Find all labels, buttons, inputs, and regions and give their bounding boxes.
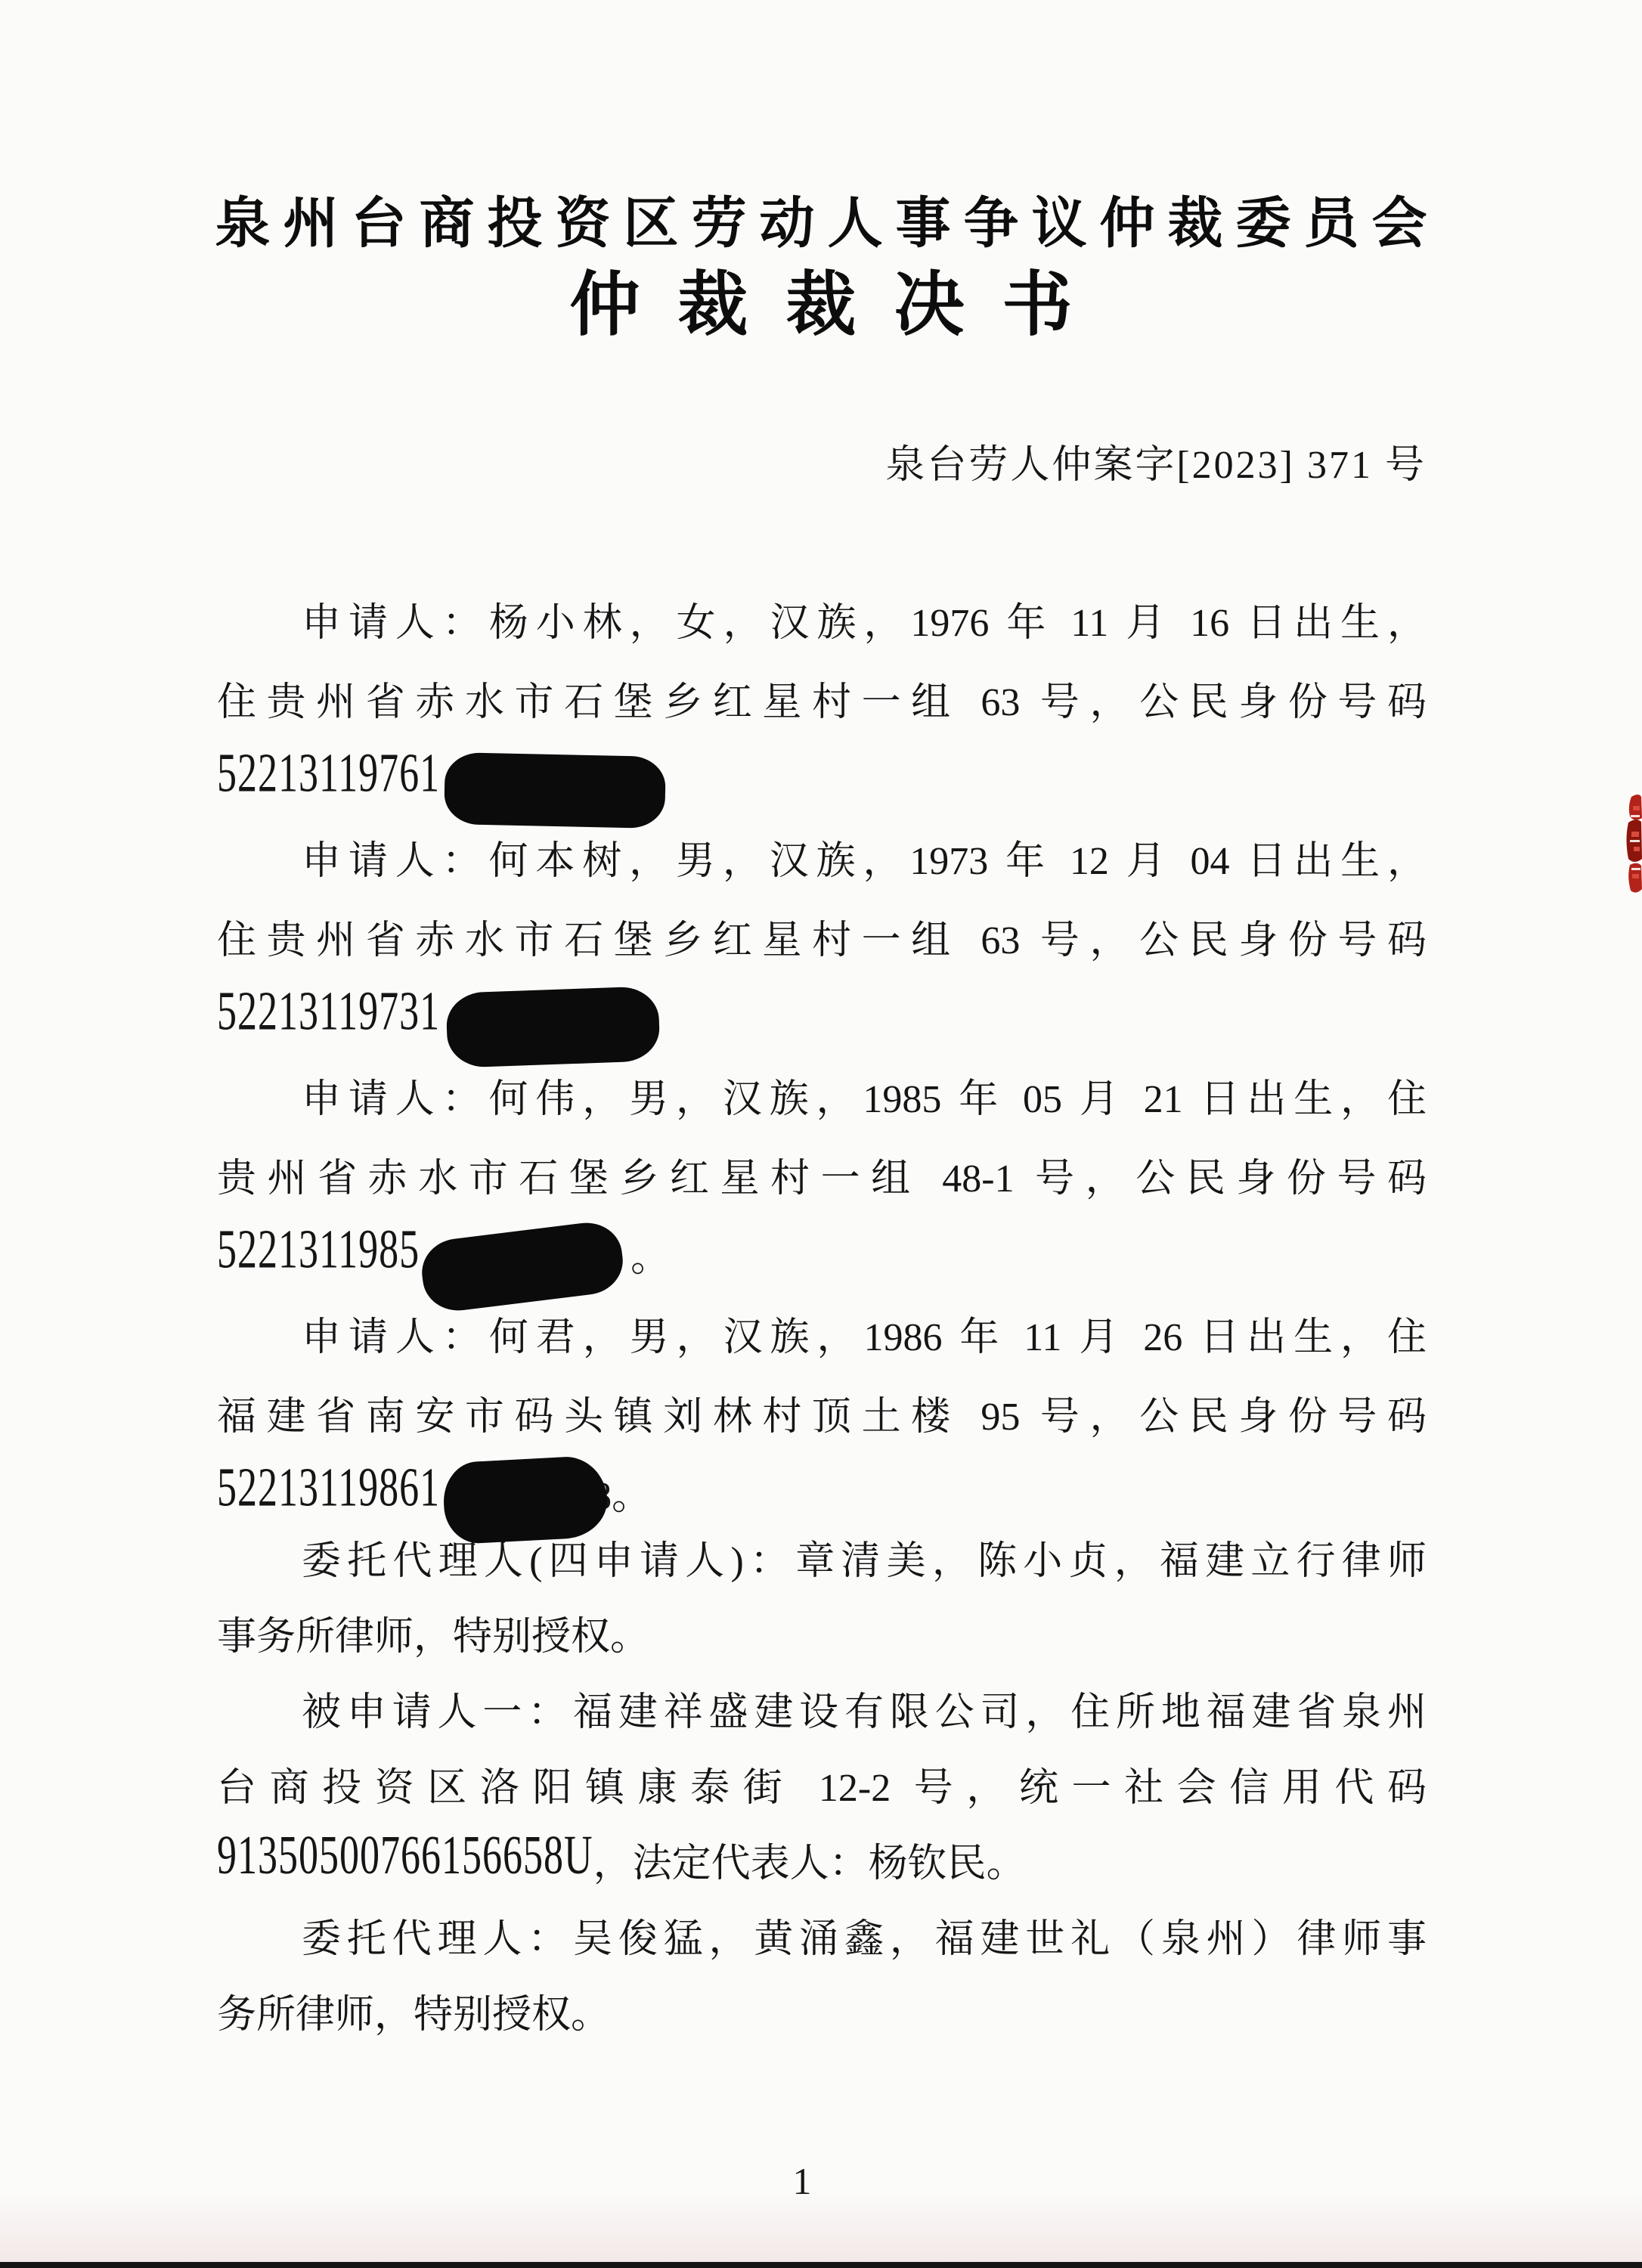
document-subtitle: 仲裁裁决书 (0, 248, 1642, 349)
body-line: 委托代理人(四申请人)：章清美，陈小贞，福建立行律师 (217, 1524, 1427, 1600)
redaction-box (445, 986, 660, 1068)
redaction-box (441, 1455, 609, 1545)
body-line: 委托代理人：吴俊猛，黄涌鑫，福建世礼（泉州）律师事 (217, 1902, 1427, 1978)
id-number: 5221311985 (217, 1194, 420, 1306)
body-line: 申请人：何君，男，汉族，1986 年 11 月 26 日出生，住 (217, 1298, 1427, 1377)
body-line: 申请人：何伟，男，汉族，1985 年 05 月 21 日出生，住 (217, 1060, 1427, 1139)
scan-bottom-tint (0, 2190, 1642, 2262)
id-number: 52213119731 (217, 956, 440, 1067)
credit-code: 91350500766156658U (217, 1804, 593, 1910)
id-number-suffix: 。 (630, 1237, 670, 1280)
id-number-line: 52213119761 (217, 742, 1427, 822)
redaction-box (444, 752, 666, 829)
case-number: 泉台劳人仲案字[2023] 371 号 (885, 432, 1427, 489)
document-title: 泉州台商投资区劳动人事争议仲裁委员会 (0, 178, 1642, 258)
body-line: 事务所律师，特别授权。 (217, 1600, 1427, 1675)
scan-edge-bar (0, 2262, 1642, 2268)
scanned-document-page: 泉州台商投资区劳动人事争议仲裁委员会 仲裁裁决书 泉台劳人仲案字[2023] 3… (0, 0, 1642, 2268)
body-line: 申请人：何本树，男，汉族，1973 年 12 月 04 日出生， (217, 822, 1427, 901)
body-block-agents-respondent: 委托代理人(四申请人)：章清美，陈小贞，福建立行律师 事务所律师，特别授权。 被… (217, 1524, 1427, 2053)
body-line-text: ，法定代表人：杨钦民。 (593, 1842, 1026, 1885)
body-line: 务所律师，特别授权。 (217, 1978, 1427, 2053)
red-seal-icon (1624, 792, 1642, 898)
red-seal-fragment (1624, 792, 1642, 898)
id-number: 52213119761 (217, 718, 440, 829)
body-block-applicants: 申请人：杨小林，女，汉族，1976 年 11 月 16 日出生， 住贵州省赤水市… (217, 584, 1427, 1536)
id-number-line: 5221311985。 (217, 1219, 1427, 1298)
body-line: 91350500766156658U，法定代表人：杨钦民。 (217, 1826, 1427, 1902)
id-number-line: 52213119731 (217, 981, 1427, 1060)
body-line: 申请人：杨小林，女，汉族，1976 年 11 月 16 日出生， (217, 584, 1427, 663)
body-line: 被申请人一：福建祥盛建设有限公司，住所地福建省泉州 (217, 1675, 1427, 1751)
